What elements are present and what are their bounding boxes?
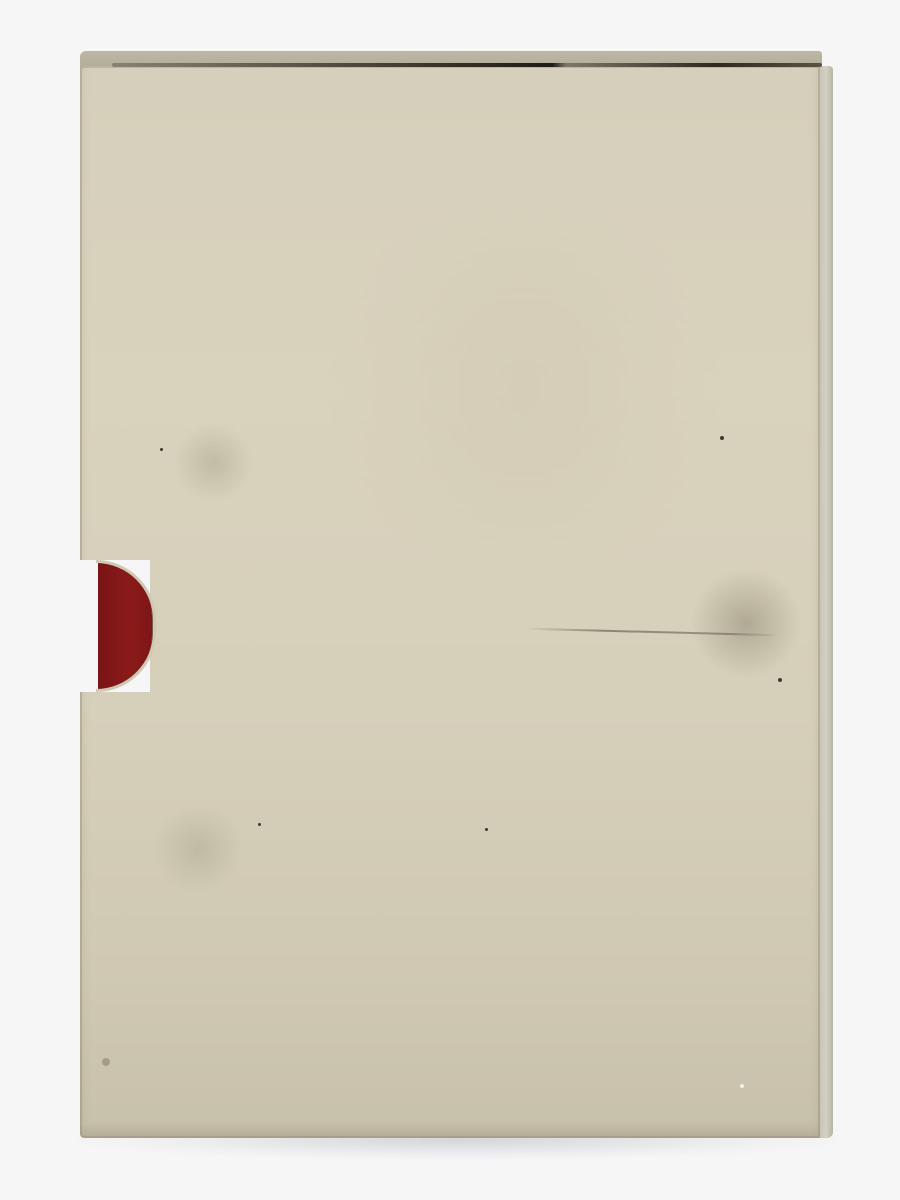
speck xyxy=(102,1058,110,1066)
speck xyxy=(740,1084,744,1088)
slipcase-face xyxy=(80,66,820,1138)
photo-scene xyxy=(0,0,900,1200)
speck xyxy=(720,436,724,440)
slipcase-top-opening xyxy=(112,63,822,67)
speck xyxy=(258,823,261,826)
speck xyxy=(778,678,782,682)
speck xyxy=(160,448,163,451)
speck xyxy=(485,828,488,831)
